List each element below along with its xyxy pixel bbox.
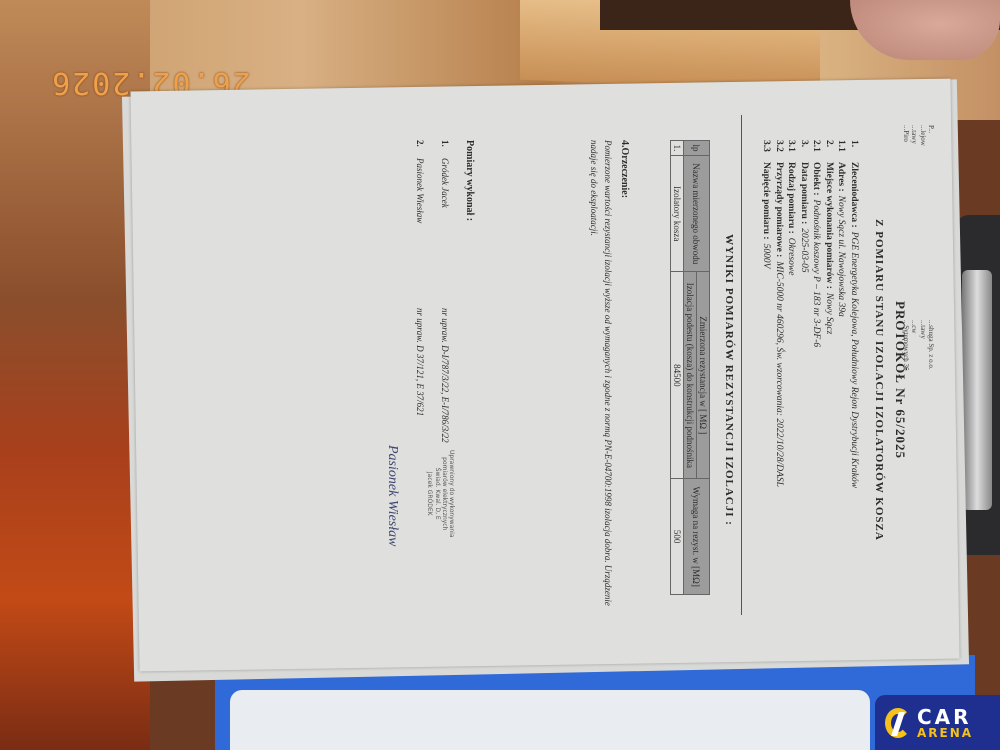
info-row: 3.2Przyrządy pomiarowe :MIC-5000 nr 4602… [773,140,786,488]
info-row: 3.3Napięcie pomiaru :5000V [760,140,773,488]
performer-1: 1. Gródek Jacek nr upraw. D-I/787/3/22, … [440,140,450,443]
info-row: 1.Zleceniodawca :PGE Energetyka Kolejowa… [848,140,861,488]
cell-measured: 84500 [671,272,684,479]
logo-mark-icon [885,708,911,738]
logo-text-arena: ARENA [917,727,973,739]
results-title: WYNIKI POMIARÓW REZYSTANCJI IZOLACJI : [723,100,735,660]
cell-required: 500 [671,479,684,595]
document-title: PROTOKÓŁ Nr 65/2025 [892,100,908,660]
header-measured-sub: Izolacja podestu (kosza) do konstrukcji … [684,272,697,479]
car-arena-logo: CAR ARENA [875,695,1000,750]
official-stamp: Uprawniony do wykonywania pomiarów elekt… [426,450,455,538]
clip-metal-bar [962,270,992,510]
info-row: 2.1Obiekt :Podnośnik koszowy P – 183 nr … [810,140,823,488]
cell-lp: 1. [671,141,684,156]
info-row: 3.1Rodzaj pomiaru :Okresowe [785,140,798,488]
clipboard-panel [230,690,870,750]
info-row: 3.Data pomiaru :2025-03-05 [798,140,811,488]
divider [741,115,742,615]
info-row: 1.1Adres :Nowy Sącz ul. Nawojowska 39a [835,140,848,488]
header-lp: lp [684,141,710,156]
info-row: 2.Miejsce wykonania pomiarów :Nowy Sącz [823,140,836,488]
info-section: 1.Zleceniodawca :PGE Energetyka Kolejowa… [760,140,860,488]
verdict-title: 4.Orzeczenie: [619,140,630,198]
performed-title: Pomiary wykonał : [464,140,475,221]
verdict-text: Pomierzone wartości rezystancji izolacji… [587,140,615,610]
protocol-document: P... ...lejow ...tawy ...Piro ...shuga S… [180,100,960,660]
results-table: lp Nazwa mierzonego obwodu Zmierzona rez… [670,140,710,595]
performer-2: 2. Pasionek Wiesław nr upraw. D 37/121, … [415,140,425,416]
header-required: Wymaga na rezyst. w [MΩ] [684,479,710,595]
logo-text-car: CAR [917,707,973,727]
header-name: Nazwa mierzonego obwodu [684,156,710,272]
cell-name: Izolatory kosza [671,156,684,272]
header-measured: Zmierzona rezystancja w [ MΩ ] [697,272,710,479]
document-subtitle: Z POMIARU STANU IZOLACJI IZOLATORÓW KOSZ… [873,100,885,660]
table-row: 1. Izolatory kosza 84500 500 [671,141,684,595]
signature: Pasionek Wiesław [384,445,400,547]
